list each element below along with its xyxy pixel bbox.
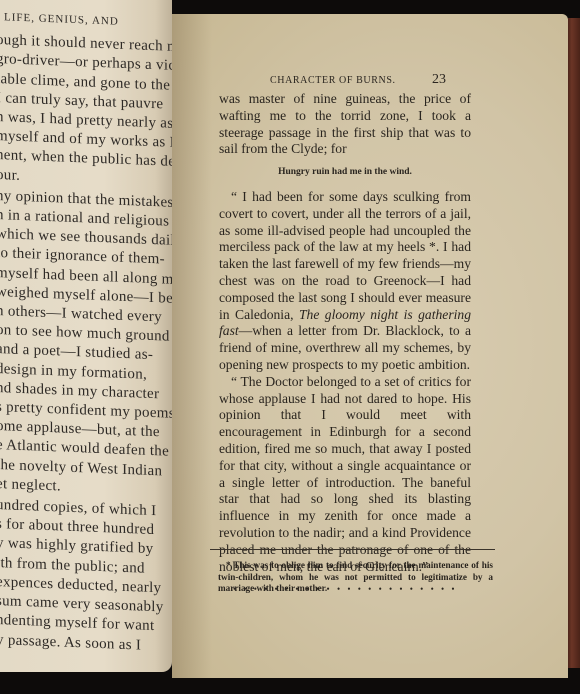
footnote: * This was to oblige him to find securit… — [218, 560, 493, 595]
left-page-text: LIFE, GENIUS, AND ough it should never r… — [0, 8, 172, 657]
right-running-head: CHARACTER OF BURNS. — [270, 75, 396, 86]
book-cover-edge — [566, 18, 580, 668]
footnote-text: * This was to oblige him to find securit… — [218, 560, 493, 595]
gutter-shadow — [172, 14, 212, 678]
verse-quote: Hungry ruin had me in the wind. — [219, 164, 471, 181]
page-number: 23 — [432, 72, 446, 88]
paragraph-2-start: “ I had been for some days sculking from… — [219, 189, 471, 322]
left-running-head: LIFE, GENIUS, AND — [4, 8, 172, 34]
left-page-lines: ough it should never reach mygro-driver—… — [0, 31, 172, 657]
paragraph-2: “ I had been for some days sculking from… — [219, 189, 471, 374]
right-page-body: was master of nine guineas, the price of… — [219, 91, 471, 598]
paragraph-1: was master of nine guineas, the price of… — [219, 91, 471, 158]
footnote-rule — [210, 549, 495, 550]
paragraph-3: “ The Doctor belonged to a set of critic… — [219, 374, 471, 576]
paragraph-2-end: —when a letter from Dr. Blacklock, to a … — [219, 323, 471, 372]
left-page: LIFE, GENIUS, AND ough it should never r… — [0, 0, 172, 672]
